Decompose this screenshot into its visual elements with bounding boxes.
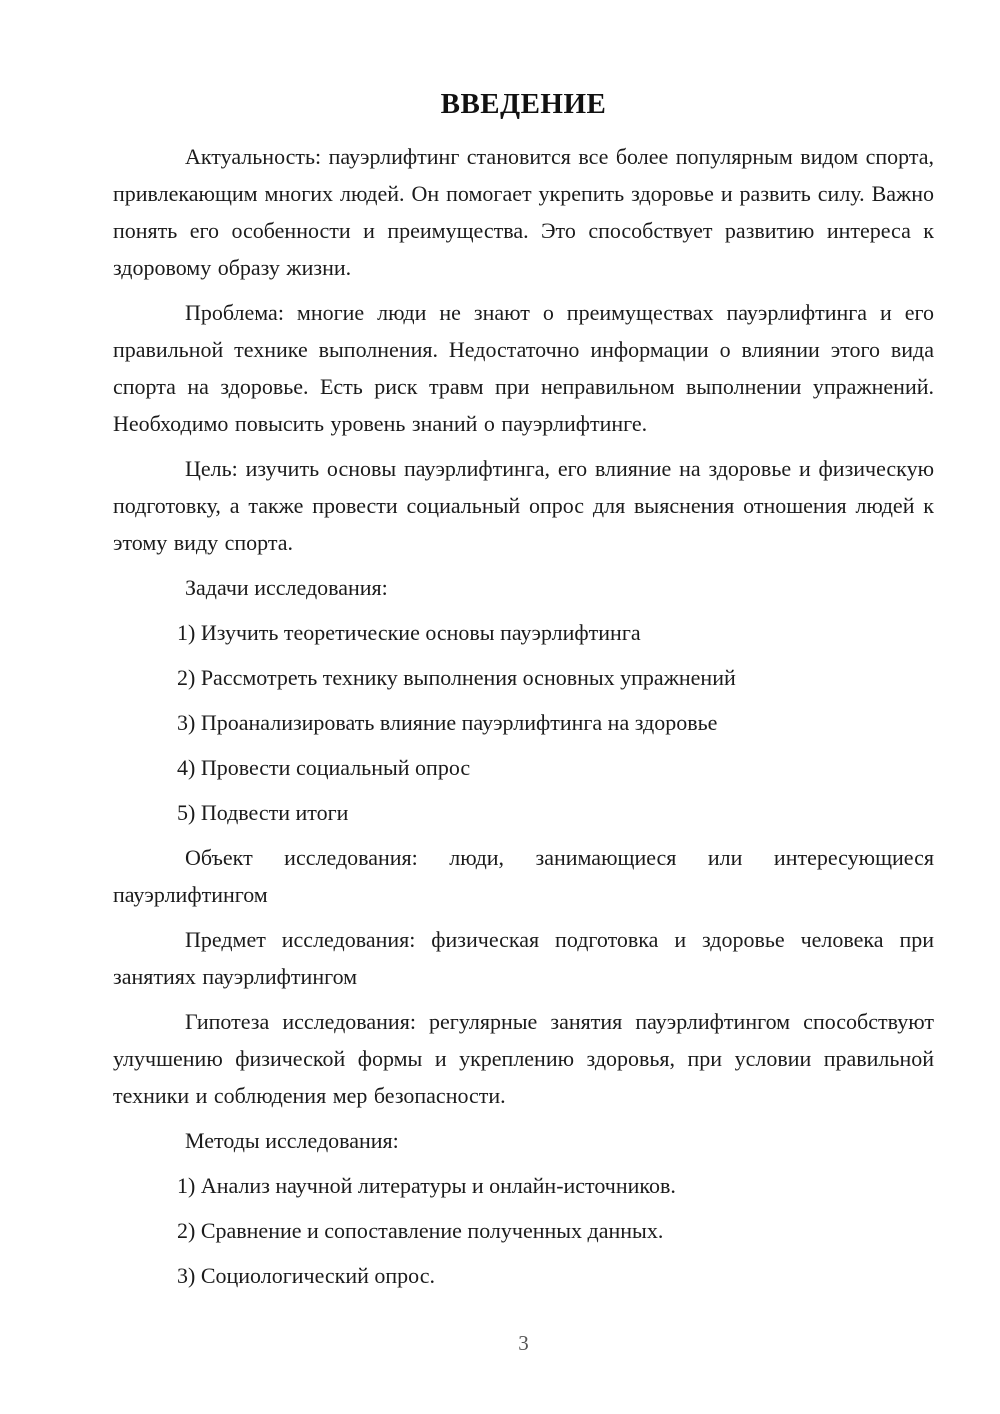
task-item-4: 4) Провести социальный опрос xyxy=(113,749,934,786)
method-item-2: 2) Сравнение и сопоставление полученных … xyxy=(113,1212,934,1249)
document-page: ВВЕДЕНИЕ Актуальность: пауэрлифтинг стан… xyxy=(0,0,1000,1414)
task-item-1: 1) Изучить теоретические основы пауэрлиф… xyxy=(113,614,934,651)
paragraph-goal: Цель: изучить основы пауэрлифтинга, его … xyxy=(113,450,934,561)
paragraph-relevance: Актуальность: пауэрлифтинг становится вс… xyxy=(113,138,934,286)
task-item-3: 3) Проанализировать влияние пауэрлифтинг… xyxy=(113,704,934,741)
page-title: ВВЕДЕНИЕ xyxy=(113,84,934,124)
task-item-5: 5) Подвести итоги xyxy=(113,794,934,831)
method-item-1: 1) Анализ научной литературы и онлайн-ис… xyxy=(113,1167,934,1204)
task-item-2: 2) Рассмотреть технику выполнения основн… xyxy=(113,659,934,696)
paragraph-hypothesis: Гипотеза исследования: регулярные заняти… xyxy=(113,1003,934,1114)
paragraph-subject: Предмет исследования: физическая подгото… xyxy=(113,921,934,995)
paragraph-problem: Проблема: многие люди не знают о преимущ… xyxy=(113,294,934,442)
paragraph-object: Объект исследования: люди, занимающиеся … xyxy=(113,839,934,913)
tasks-heading: Задачи исследования: xyxy=(113,569,934,606)
methods-heading: Методы исследования: xyxy=(113,1122,934,1159)
page-number: 3 xyxy=(113,1328,934,1358)
method-item-3: 3) Социологический опрос. xyxy=(113,1257,934,1294)
